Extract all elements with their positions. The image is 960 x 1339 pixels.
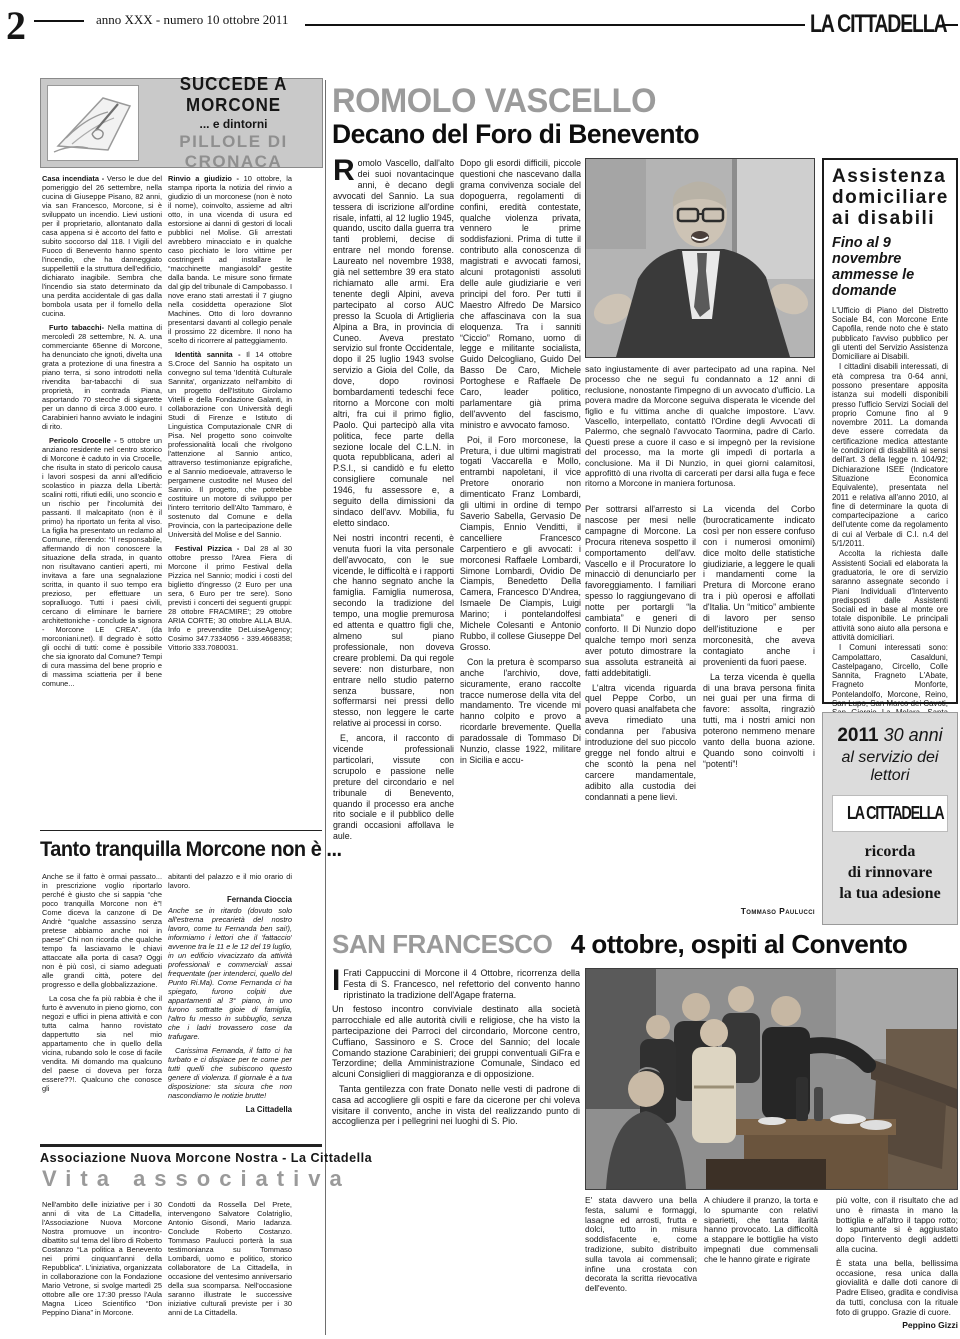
news-item-furto-tabacchi: Furto tabacchi- Nella mattina di mercole…: [42, 323, 162, 431]
sanfrancesco-headline-row: SAN FRANCESCO 4 ottobre, ospiti al Conve…: [332, 929, 907, 960]
romolo-column-3: Per sottrarsi all'arresto si nascose per…: [585, 504, 696, 904]
romolo-column-2-paras: Dopo gli esordi difficili, piccole quest…: [460, 158, 581, 766]
romolo-headline: Decano del Foro di Benevento: [332, 119, 699, 150]
paragraph: L'Ufficio di Piano del Distretto Sociale…: [832, 306, 948, 362]
cronaca-box-subtitle: ... e dintorni: [145, 117, 322, 131]
assistenza-subtitle: Fino al 9 novembre ammesse le domande: [832, 235, 948, 300]
cronaca-column-1: Casa incendiata - Verso le due del pomer…: [42, 174, 162, 828]
news-text: 5 ottobre un anziano residente nel centr…: [42, 436, 162, 688]
paragraph: Anche se il fatto è ormai passato... in …: [42, 872, 162, 989]
vita-col1-paras: Nell'ambito delle iniziative per i 30 an…: [42, 1200, 162, 1317]
romolo-column-1: Romolo Vascello, dall'alto dei suoi nova…: [333, 158, 454, 922]
dropcap-R: R: [333, 158, 358, 183]
news-text: Verso le due del pomeriggio del 26 sette…: [42, 174, 162, 318]
assistenza-box: Assistenza domiciliare ai disabili Fino …: [822, 158, 958, 704]
header-rule-right: [942, 24, 958, 26]
paragraph: Tanta gentilezza con frate Donato nelle …: [332, 1084, 580, 1127]
tranquilla-byline-editor: La Cittadella: [168, 1105, 292, 1114]
tranquilla-headline: Tanto tranquilla Morcone non è ...: [40, 838, 342, 862]
paragraph: Nei nostri incontri recenti, è venuta fu…: [333, 533, 454, 729]
sanfrancesco-byline: Peppino Gizzi: [836, 1320, 958, 1330]
paragraph: I cittadini disabili interessati, di età…: [832, 362, 948, 548]
sanfrancesco-bottom-column-3: più volte, con il risultato che ad uno è…: [836, 1196, 958, 1318]
anniversary-line4: di rinnovare: [828, 863, 952, 884]
hands-writing-sketch-icon: [47, 85, 139, 161]
masthead-logo: LA CITTADELLA: [810, 10, 958, 39]
news-lead: Festival Pizzica -: [175, 544, 239, 553]
sanfrancesco-bottom-column-1: E' stata davvero una bella festa, salumi…: [585, 1196, 697, 1334]
news-text: 10 ottobre, la stampa riporta la notizia…: [168, 174, 292, 345]
news-item-casa-incendiata: Casa incendiata - Verso le due del pomer…: [42, 174, 162, 318]
anniversary-years-label: 30 anni: [884, 725, 943, 745]
anniversary-box: 2011 30 anni al servizio dei lettori LA …: [822, 712, 958, 925]
paragraph: L'altra vicenda riguarda quel Peppe Corb…: [585, 683, 696, 803]
paragraph: Condotti da Rossella Del Prete, interven…: [168, 1200, 292, 1317]
tranquilla-col1-paras: Anche se il fatto è ormai passato... in …: [42, 872, 162, 1093]
news-lead: Pericolo Crocelle -: [49, 436, 117, 445]
anniversary-line2: al servizio dei lettori: [828, 749, 952, 785]
vita-column-1: Nell'ambito delle iniziative per i 30 an…: [42, 1200, 162, 1336]
romolo-column-1-paras: Nei nostri incontri recenti, è venuta fu…: [333, 533, 454, 842]
paragraph: È stata una bella, bellissima occasione,…: [836, 1259, 958, 1318]
paragraph: Per sottrarsi all'arresto si nascose per…: [585, 504, 696, 679]
paragraph: E' stata davvero una bella festa, salumi…: [585, 1196, 697, 1294]
cronaca-box: SUCCEDE A MORCONE ... e dintorni PILLOLE…: [40, 78, 323, 168]
paragraph: Con la pretura è scomparso anche l'archi…: [460, 657, 581, 766]
page-number: 2: [6, 6, 26, 46]
paragraph: Accolta la richiesta dalle Assistenti So…: [832, 549, 948, 642]
tranquilla-intro: abitanti del palazzo e il mio orario di …: [168, 872, 292, 890]
assistenza-body: L'Ufficio di Piano del Distretto Sociale…: [832, 306, 948, 744]
paragraph: Anche se in ritardo (dovuto solo all'est…: [168, 906, 292, 1041]
vita-banner: Associazione Nuova Morcone Nostra - La C…: [40, 1150, 372, 1165]
sanfrancesco-headline: 4 ottobre, ospiti al Convento: [571, 929, 908, 959]
news-item-pericolo-crocelle: Pericolo Crocelle - 5 ottobre un anziano…: [42, 436, 162, 688]
news-text: Dal 28 al 30 ottobre presso l'Area Fiera…: [168, 544, 292, 652]
paragraph: Carissima Fernanda, il fatto ci ha turba…: [168, 1046, 292, 1100]
paragraph: La terza vicenda è quella di una brava p…: [703, 672, 815, 770]
anniversary-masthead-logo: LA CITTADELLA: [847, 803, 943, 824]
cronaca-box-title: SUCCEDE A MORCONE: [150, 74, 316, 116]
news-lead: Furto tabacchi-: [49, 323, 104, 332]
convento-photo: [585, 968, 958, 1190]
dropcap-I: I: [332, 968, 343, 993]
assistenza-paras: L'Ufficio di Piano del Distretto Sociale…: [832, 306, 948, 727]
paragraph: sato ingiustamente di aver partecipato a…: [585, 364, 815, 489]
friars-group-lunch-svg: [586, 969, 957, 1189]
romolo-photo: [585, 158, 815, 358]
anniversary-line5: la tua adesione: [828, 884, 952, 905]
sanfrancesco-first-text: Frati Cappuccini di Morcone il 4 Ottobre…: [343, 968, 580, 1000]
anniversary-logo-box: LA CITTADELLA: [832, 795, 948, 832]
vita-title: Vita associativa: [42, 1166, 351, 1192]
vita-rule: [40, 1144, 322, 1147]
tranquilla-reply-paras: Anche se in ritardo (dovuto solo all'est…: [168, 906, 292, 1100]
header-dash: [34, 20, 84, 22]
vita-column-2: Condotti da Rossella Del Prete, interven…: [168, 1200, 292, 1336]
romolo-column-4: La vicenda del Corbo (burocraticamente i…: [703, 504, 815, 904]
paragraph: A chiudere il pranzo, la torta e lo spum…: [704, 1196, 818, 1265]
header-rule: [305, 24, 805, 26]
anniversary-year: 2011: [837, 725, 878, 746]
paragraph: più volte, con il risultato che ad uno è…: [836, 1196, 958, 1255]
paragraph: Un festoso incontro conviviale destinato…: [332, 1004, 580, 1080]
anniversary-line3: ricorda: [828, 842, 952, 863]
paragraph: Poi, il Foro morconese, la Pretura, i du…: [460, 435, 581, 653]
romolo-column-2: Dopo gli esordi difficili, piccole quest…: [460, 158, 581, 922]
paragraph: E, ancora, il racconto di vicende profes…: [333, 733, 454, 842]
cronaca-box-kicker: PILLOLE DI CRONACA: [145, 132, 322, 172]
romolo-first-paragraph: Romolo Vascello, dall'alto dei suoi nova…: [333, 158, 454, 529]
tranquilla-column-2: abitanti del palazzo e il mio orario di …: [168, 872, 292, 1142]
section-rule: [40, 830, 322, 831]
romolo-column-4-paras: La vicenda del Corbo (burocraticamente i…: [703, 504, 815, 770]
news-item-identita-sannita: Identità sannita - Il 14 ottobre S.Croce…: [168, 350, 292, 539]
paragraph: Dopo gli esordi difficili, piccole quest…: [460, 158, 581, 431]
romolo-under-photo-paras: sato ingiustamente di aver partecipato a…: [585, 364, 815, 489]
romolo-under-photo-text: sato ingiustamente di aver partecipato a…: [585, 364, 815, 500]
sanfrancesco-colA-paras: E' stata davvero una bella festa, salumi…: [585, 1196, 697, 1294]
sanfrancesco-colB-paras: A chiudere il pranzo, la torta e lo spum…: [704, 1196, 818, 1265]
cronaca-column-2: Rinvio a giudizio - 10 ottobre, la stamp…: [168, 174, 292, 828]
sanfrancesco-kicker: SAN FRANCESCO: [332, 929, 552, 959]
hands-writing-sketch-svg: [48, 86, 138, 160]
romolo-first-text: omolo Vascello, dall'alto dei suoi novan…: [333, 158, 454, 528]
sanfrancesco-bottom-column-2: A chiudere il pranzo, la torta e lo spum…: [704, 1196, 818, 1334]
news-item-rinvio-giudizio: Rinvio a giudizio - 10 ottobre, la stamp…: [168, 174, 292, 345]
sanfrancesco-first-paragraph: IFrati Cappuccini di Morcone il 4 Ottobr…: [332, 968, 580, 1000]
sanfrancesco-colC-paras: più volte, con il risultato che ad uno è…: [836, 1196, 958, 1318]
sanfrancesco-lead-column: IFrati Cappuccini di Morcone il 4 Ottobr…: [332, 968, 580, 1339]
news-text: Il 14 ottobre S.Croce del Sannio ha ospi…: [168, 350, 292, 539]
elderly-lawyer-portrait-svg: [586, 159, 814, 357]
paragraph: La cosa che fa più rabbia è che il furto…: [42, 994, 162, 1093]
paragraph: Nell'ambito delle iniziative per i 30 an…: [42, 1200, 162, 1317]
paragraph: La vicenda del Corbo (burocraticamente i…: [703, 504, 815, 668]
romolo-byline: Tommaso Paulucci: [703, 906, 815, 916]
romolo-kicker: ROMOLO VASCELLO: [332, 82, 656, 121]
anniversary-year-line: 2011 30 anni: [828, 725, 952, 747]
tranquilla-column-1: Anche se il fatto è ormai passato... in …: [42, 872, 162, 1142]
issue-date: anno XXX - numero 10 ottobre 2011: [96, 12, 288, 28]
tranquilla-byline-reader: Fernanda Cioccia: [168, 895, 292, 904]
vita-col2-paras: Condotti da Rossella Del Prete, interven…: [168, 1200, 292, 1317]
news-text: Nella mattina di mercoledì 28 settembre,…: [42, 323, 162, 431]
news-item-festival-pizzica: Festival Pizzica - Dal 28 al 30 ottobre …: [168, 544, 292, 652]
news-lead: Identità sannita -: [175, 350, 241, 359]
news-lead: Casa incendiata -: [42, 174, 104, 183]
romolo-column-3-paras: Per sottrarsi all'arresto si nascose per…: [585, 504, 696, 802]
assistenza-title: Assistenza domiciliare ai disabili: [832, 167, 948, 230]
sanfrancesco-lead-paras: Un festoso incontro conviviale destinato…: [332, 1004, 580, 1127]
column-divider: [325, 80, 326, 1335]
news-lead: Rinvio a giudizio -: [168, 174, 239, 183]
